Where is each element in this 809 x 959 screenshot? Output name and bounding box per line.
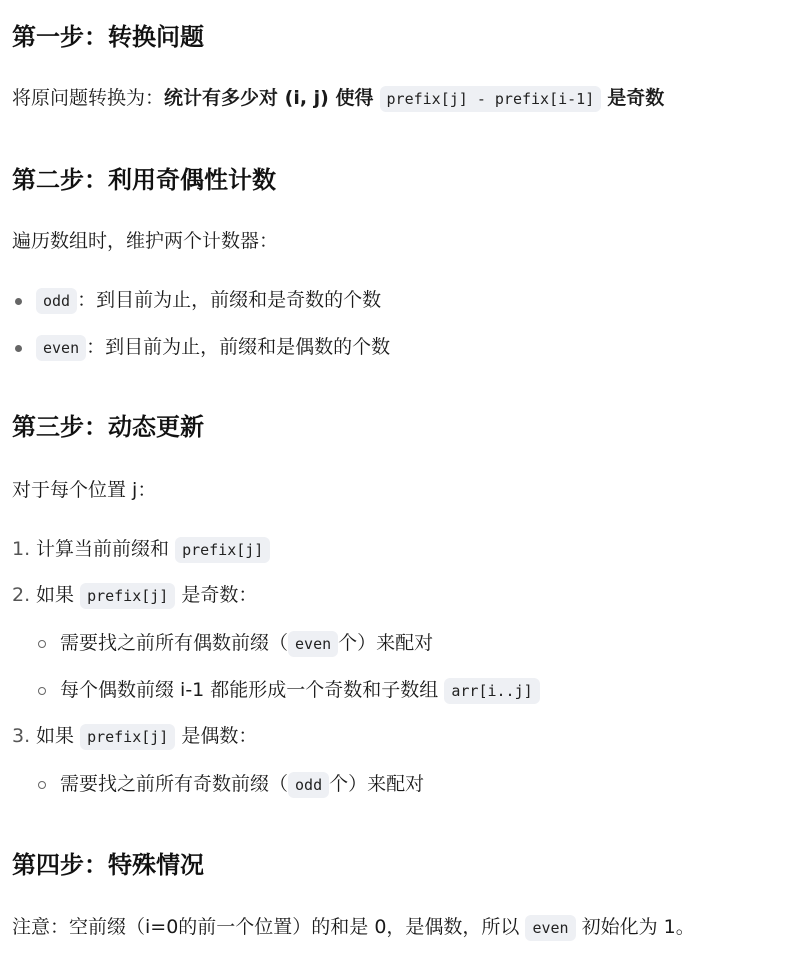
step1-text: 将原问题转换为：统计有多少对 (i, j) 使得 prefix[j] - pre… [12,83,797,114]
step1-heading: 第一步：转换问题 [12,20,797,54]
step4-text: 注意：空前缀（i=0的前一个位置）的和是 0，是偶数，所以 even 初始化为 … [12,912,797,943]
list-item: odd：到目前为止，前缀和是奇数的个数 [12,285,797,316]
step2-intro: 遍历数组时，维护两个计数器： [12,226,797,256]
step3-intro: 对于每个位置 j： [12,475,797,505]
list-item: 需要找之前所有偶数前缀（even个）来配对 [12,628,797,659]
update-steps: 1. 计算当前前缀和 prefix[j] 2. 如果 prefix[j] 是奇数… [12,534,797,800]
list-item: 2. 如果 prefix[j] 是奇数： 需要找之前所有偶数前缀（even个）来… [12,580,797,706]
list-item: even：到目前为止，前缀和是偶数的个数 [12,332,797,363]
step2-heading: 第二步：利用奇偶性计数 [12,163,797,197]
inline-code: prefix[j] - prefix[i-1] [380,86,602,112]
step4-heading: 第四步：特殊情况 [12,848,797,882]
list-item: 需要找之前所有奇数前缀（odd个）来配对 [12,769,797,800]
counter-list: odd：到目前为止，前缀和是奇数的个数 even：到目前为止，前缀和是偶数的个数 [12,285,797,363]
step3-heading: 第三步：动态更新 [12,410,797,444]
list-item: 每个偶数前缀 i-1 都能形成一个奇数和子数组 arr[i..j] [12,675,797,706]
list-item: 3. 如果 prefix[j] 是偶数： 需要找之前所有奇数前缀（odd个）来配… [12,721,797,800]
list-item: 1. 计算当前前缀和 prefix[j] [12,534,797,565]
